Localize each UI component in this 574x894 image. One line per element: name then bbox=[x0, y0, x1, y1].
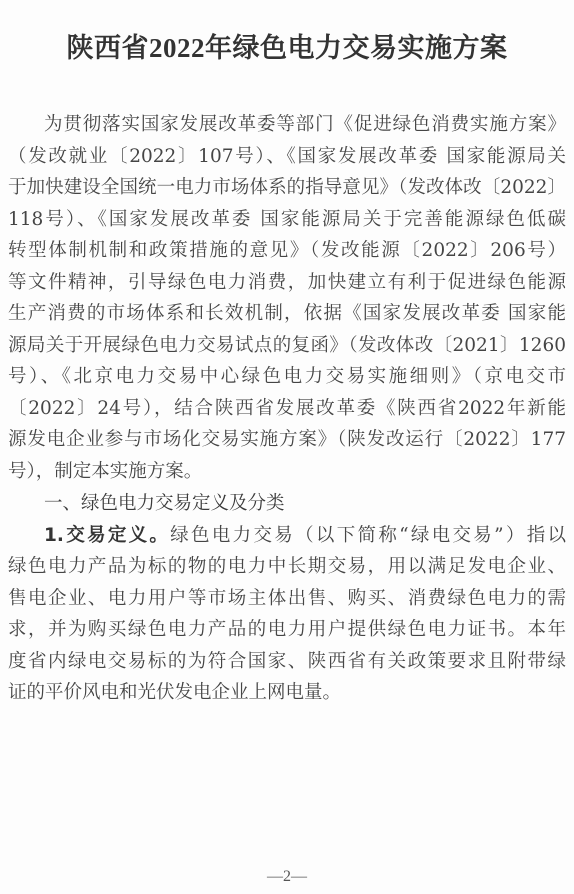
definition-first-line: 1.交易定义。绿色电力交易（以下简称“绿电交易”）指以 bbox=[44, 523, 566, 549]
paragraph-line: 号），制定本实施方案。 bbox=[8, 459, 566, 485]
paragraph-line: 等文件精神，引导绿色电力消费，加快建立有利于促进绿色能源 bbox=[8, 270, 566, 296]
paragraph-line: 源发电企业参与市场化交易实施方案》（陕发改运行〔2022〕177 bbox=[8, 427, 566, 453]
definition-first-line-text: 绿色电力交易（以下简称“绿电交易”）指以 bbox=[170, 525, 566, 546]
paragraph-line: 售电企业、电力用户等市场主体出售、购买、消费绿色电力的需 bbox=[8, 586, 566, 612]
paragraph-line: 为贯彻落实国家发展改革委等部门《促进绿色消费实施方案》 bbox=[44, 112, 566, 138]
page-number: —2— bbox=[0, 868, 574, 886]
definition-lead: 1.交易定义。 bbox=[44, 525, 170, 546]
paragraph-line: 118号）、《国家发展改革委 国家能源局关于完善能源绿色低碳 bbox=[8, 207, 566, 233]
paragraph-line: 生产消费的市场体系和长效机制，依据《国家发展改革委 国家能 bbox=[8, 301, 566, 327]
paragraph-line: 〔2022〕24号），结合陕西省发展改革委《陕西省2022年新能 bbox=[8, 396, 566, 422]
paragraph-line: 度省内绿电交易标的为符合国家、陕西省有关政策要求且附带绿 bbox=[8, 649, 566, 675]
paragraph-line: 号）、《北京电力交易中心绿色电力交易实施细则》（京电交市 bbox=[8, 364, 566, 390]
document-title: 陕西省2022年绿色电力交易实施方案 bbox=[0, 26, 574, 65]
section-heading: 一、绿色电力交易定义及分类 bbox=[44, 491, 566, 517]
paragraph-line: 证的平价风电和光伏发电企业上网电量。 bbox=[8, 680, 566, 706]
paragraph-line: （发改就业〔2022〕107号）、《国家发展改革委 国家能源局关 bbox=[8, 144, 566, 170]
paragraph-line: 源局关于开展绿色电力交易试点的复函》（发改体改〔2021〕1260 bbox=[8, 333, 566, 359]
paragraph-line: 转型体制机制和政策措施的意见》（发改能源〔2022〕206号） bbox=[8, 238, 566, 264]
paragraph-line: 绿色电力产品为标的物的电力中长期交易，用以满足发电企业、 bbox=[8, 554, 566, 580]
paragraph-line: 求，并为购买绿色电力产品的电力用户提供绿色电力证书。本年 bbox=[8, 617, 566, 643]
paragraph-line: 于加快建设全国统一电力市场体系的指导意见》（发改体改〔2022〕 bbox=[8, 175, 566, 201]
